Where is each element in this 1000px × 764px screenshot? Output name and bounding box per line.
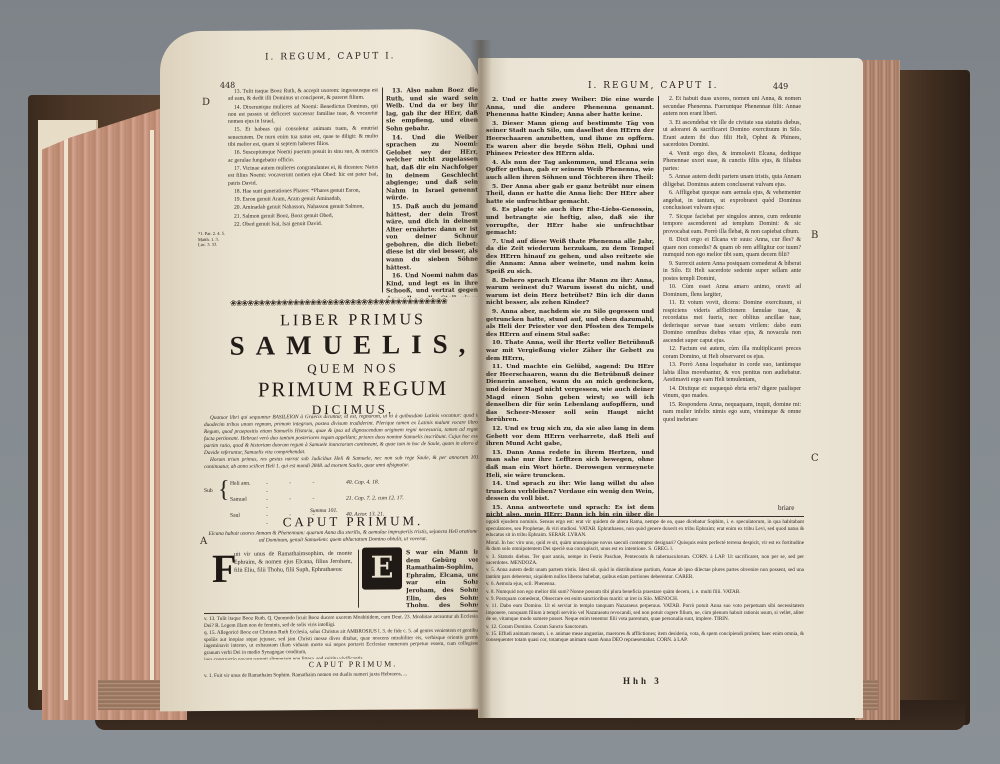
footnote: v. 15. Effudi animam meam, i. e. animae … <box>486 631 804 644</box>
verse: 14. Dixitque ei: usquequò ebria eris? di… <box>663 386 801 401</box>
verse: 14. Und die Weiber sprachen zu Noemi: Ge… <box>386 133 478 202</box>
verse: 18. Hae sunt generationes Phares: *Phare… <box>228 187 378 196</box>
dropcap-e: E <box>362 547 402 589</box>
verse: 6. Es plagte sie auch ihre Ehe-Liebs-Gen… <box>486 206 654 236</box>
margin-letter-b: B <box>811 230 818 241</box>
verse: 8. Dehero sprach Elcana ihr Mann zu ihr:… <box>486 277 654 307</box>
verse: 12. Und es trug sich zu, da sie also lan… <box>486 425 654 448</box>
leader-dots: - - - - <box>266 479 346 496</box>
footnote: v. 11. Dabo eum Domino. Ut ei serviat in… <box>486 603 804 623</box>
footnote: v. 8. Numquid non ego melior tibi sum? N… <box>486 589 804 596</box>
footnote: q. 15. Allegoricè Booz est Christus Ruth… <box>204 628 480 657</box>
reign-value: 40. Cap. 4. 18. <box>346 478 379 494</box>
column-divider <box>382 87 383 292</box>
column-divider <box>358 550 359 608</box>
edge-highlight <box>64 130 68 700</box>
verse: 2. Et habuit duas uxores, nomen uni Anna… <box>663 96 801 119</box>
margin-letter-d: D <box>202 97 210 108</box>
running-head-right: I. REGUM, CAPUT I. <box>588 81 718 91</box>
open-book-photo: I. REGUM, CAPUT I. 448 D A 13. Tulit ita… <box>0 0 1000 764</box>
reign-value: 21. Cap. 7. 2. cum 12. 17. <box>346 494 404 511</box>
verse: 15. Daß auch du jemand hättest, der dein… <box>386 203 478 272</box>
verse: 14. Dixeruntque mulieres ad Noemi: Bened… <box>228 103 378 126</box>
footnote: v. 3. Statutis diebus. Ter quot annis, n… <box>486 554 804 567</box>
verse: 2. Und er hatte zwey Weiber: Die eine wu… <box>486 96 654 119</box>
footnote: oppidi ejusdem nominis. Sensus ergo est:… <box>486 519 804 539</box>
title-line-2: SAMUELIS, <box>228 329 478 362</box>
verse: 7. Und auf diese Weiß thate Phenenna all… <box>486 238 654 276</box>
footnote: v. 5. Anna autem dedit unam partem trist… <box>486 567 804 580</box>
verse: 4. Als nun der Tag ankommen, und Elcana … <box>486 159 654 182</box>
verse: 16. Und Noemi nahm das Kind, und legt es… <box>386 272 478 298</box>
edge-highlight <box>150 130 154 700</box>
footnote-verse-1: v. 1. Fuit vir unus de Ramathaim Sophim.… <box>204 671 480 681</box>
german-column-top: 13. Also nahm Boez die Ruth, und sie war… <box>386 87 478 298</box>
verse: 4. Venit ergo dies, & immolavit Elcana, … <box>663 151 801 174</box>
reign-name: Samuel <box>230 495 266 511</box>
reign-row: Heli ann.- - - -40. Cap. 4. 18. <box>230 478 404 496</box>
verse: 5. Annae autem dedit partem unam tristis… <box>663 174 801 189</box>
title-line-4: PRIMUM REGUM <box>228 376 478 403</box>
intro-paragraph: Quatuor libri qui sequuntur BASILEION à … <box>204 413 480 457</box>
catchword: briare <box>778 504 794 512</box>
verse: 20. Aminadab genuit Nahasson, Nahasson g… <box>228 204 378 213</box>
verse: 13. Dann Anna redete in ihrem Hertzen, u… <box>486 449 654 479</box>
verse: 13. Porrò Anna loquebatur in corde suo, … <box>663 362 801 385</box>
verse: 12. Factum est autem, cùm illa multiplic… <box>663 346 801 361</box>
verse: 10. Thate Anna, weil ihr Hertz voller Be… <box>486 339 654 362</box>
running-head-left: I. REGUM, CAPUT I. <box>265 51 395 62</box>
latin-column: 2. Et habuit duas uxores, nomen uni Anna… <box>663 96 801 501</box>
verse: 13. Tulit itaque Booz Ruth, & accepit ux… <box>228 88 378 104</box>
verse: 17. Vicinae autem mulieres congratulante… <box>228 164 378 187</box>
german-column: 2. Und er hatte zwey Weiber: Die eine wu… <box>486 96 654 516</box>
dropcap-f: F <box>212 549 236 589</box>
marginal-reference: *1. Par. 2. 4. 5. Matth. 1. 3. Luc. 3. 3… <box>198 231 226 248</box>
ornamental-border: ❀❀❀❀❀❀❀❀❀❀❀❀❀❀❀❀❀❀❀❀❀❀❀❀❀❀❀❀❀❀❀❀❀❀❀❀❀❀ <box>230 297 480 308</box>
verse: 11. Et votum vovit, dicens: Domine exerc… <box>663 300 801 345</box>
verse: 14. Und sprach zu ihr: Wie lang willst d… <box>486 480 654 503</box>
verse: 15. Respondens Anna, nequaquam, inquit, … <box>663 402 801 425</box>
footnote-rule <box>486 516 804 517</box>
brace: { <box>218 477 230 504</box>
title-line-1: LIBER PRIMUS <box>228 311 478 331</box>
footnotes-right: oppidi ejusdem nominis. Sensus ergo est:… <box>486 519 804 669</box>
margin-letter-c: C <box>811 453 819 464</box>
verse: 15. Et habeas qui consoletur animam tuam… <box>228 126 378 149</box>
chapter-summary: Elcana habuit uxores Annam & Phenennam: … <box>206 529 480 545</box>
verse: 9. Surrexit autem Anna postquam comedera… <box>663 261 801 284</box>
page-number-right: 449 <box>773 82 788 91</box>
latin-column-top: 13. Tulit itaque Booz Ruth, & accepit ux… <box>228 88 378 299</box>
book-introduction: Quatuor libri qui sequuntur BASILEION à … <box>204 413 480 479</box>
verse: 11. Und machte ein Gelübd, sagend: Du HE… <box>486 363 654 424</box>
verse: 7. Sicque faciebat per singulos annos, c… <box>663 214 801 237</box>
verse: 8. Dixit ergo ei Elcana vir suus: Anna, … <box>663 237 801 260</box>
verse: 21. Salmon genuit Booz, Booz genuit Obed… <box>228 212 378 221</box>
footnote: v. 6. Aemula ejus, scil. Phenenna. <box>486 581 804 588</box>
left-page: I. REGUM, CAPUT I. 448 D A 13. Tulit ita… <box>160 29 482 712</box>
footnote: Moral. In hoc viro uno, quid re sit, quà… <box>486 540 804 553</box>
footnote: v. 9. Postquam comederat, Obsecrare est … <box>486 596 804 603</box>
verse: 6. Affligebat quoque eam aemula ejus, & … <box>663 190 801 213</box>
footnote: v. 12. Coram Domino. Coram Sancto Sancto… <box>486 624 804 631</box>
verse: 22. Obed genuit Isai, Isai genuit David. <box>228 221 378 230</box>
footnote-chapter-heading: CAPUT PRIMUM. <box>228 659 478 670</box>
verse: 15. Anna antwortete und sprach: Es ist d… <box>486 504 654 516</box>
verse: 3. Et ascendebat vir ille de civitate su… <box>663 120 801 150</box>
verse-1-german: S war ein Mann in dem Gebürg von Ramatha… <box>406 549 480 608</box>
footnotes-left: v. 13. Tulit itaque Booz Ruth. Q. Quomod… <box>204 614 480 660</box>
verse: 10. Cùm esset Anna amaro animo, oravit a… <box>663 284 801 299</box>
intro-paragraph: Horum trium primus, res gestas narrat su… <box>204 455 480 471</box>
verse-1-latin: uit vir unus de Ramathaimsophim, de mont… <box>234 550 352 601</box>
book-title: LIBER PRIMUS SAMUELIS, QUEM NOS PRIMUM R… <box>228 311 478 419</box>
right-page: I. REGUM, CAPUT I. 449 B C 2. Und er hat… <box>478 58 863 718</box>
verse: 16. Susceptumque Noemi puerum posuit in … <box>228 149 378 165</box>
verse: 3. Dieser Mann gieng auf bestimmte Täg v… <box>486 120 654 158</box>
column-divider <box>658 96 659 516</box>
verse: 9. Anna aber, nachdem sie zu Silo gegess… <box>486 308 654 338</box>
reign-table-label: Sub <box>204 487 213 495</box>
signature-mark: Hhh 3 <box>623 676 662 686</box>
verse: 13. Also nahm Boez die Ruth, und sie war… <box>386 87 478 133</box>
verse: 19. Esron genuit Aram, Aram genuit Amina… <box>228 196 378 205</box>
gutter-shadow <box>470 40 492 720</box>
verse: 5. Der Anna aber gab er ganz betrübt nur… <box>486 183 654 206</box>
reign-name: Heli ann. <box>230 479 266 495</box>
